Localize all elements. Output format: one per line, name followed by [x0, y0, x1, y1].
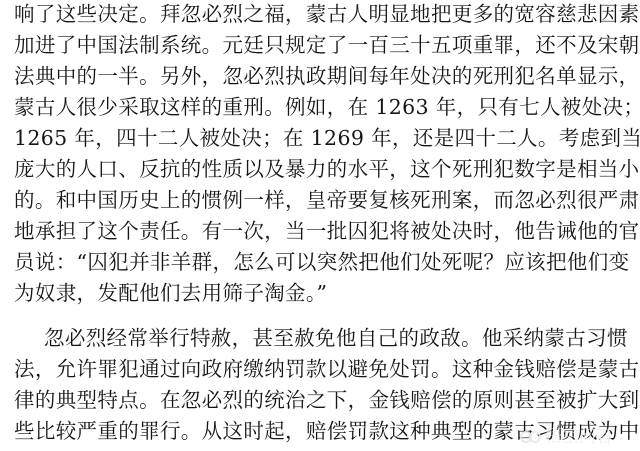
text-line-12: 法，允许罪犯通过向政府缴纳罚款以避免处罚。这种金钱赔偿是蒙古法	[14, 357, 640, 381]
text-line-13: 律的典型特点。在忽必烈的统治之下，金钱赔偿的原则甚至被扩大到某	[14, 388, 640, 412]
text-line-8: 地承担了这个责任。有一次，当一批囚犯将被处决时，他告诫他的官	[14, 219, 640, 243]
text-line-5: 1265 年，四十二人被处决；在 1269 年，还是四十二人。考虑到当时	[14, 126, 640, 150]
text-line-2: 加进了中国法制系统。元廷只规定了一百三十五项重罪，还不及宋朝	[14, 33, 640, 57]
text-line-7: 的。和中国历史上的惯例一样，皇帝要复核死刑案，而忽必烈很严肃	[14, 188, 640, 212]
paragraph-2-first-line: 忽必烈经常举行特赦，甚至赦免他自己的政敌。他采纳蒙古习惯	[44, 326, 628, 350]
speech-bubbles-icon	[520, 428, 542, 442]
text-line-4: 蒙古人很少采取这样的重刑。例如，在 1263 年，只有七人被处决；在	[14, 95, 640, 119]
text-line-1: 响了这些决定。拜忽必烈之福，蒙古人明显地把更多的宽容慈悲因素	[14, 2, 640, 26]
text-line-6: 庞大的人口、反抗的性质以及暴力的水平，这个死刑犯数字是相当小	[14, 157, 640, 181]
text-line-3: 法典中的一半。另外，忽必烈执政期间每年处决的死刑犯名单显示，	[14, 64, 640, 88]
text-line-9: 员说：“囚犯并非羊群，怎么可以突然把他们处死呢？应该把他们变	[14, 250, 629, 274]
watermark: 悟空问答	[520, 422, 613, 447]
text-line-10: 为奴隶，发配他们去用筛子淘金。”	[14, 281, 327, 305]
watermark-text: 悟空问答	[545, 422, 613, 447]
document-page: 响了这些决定。拜忽必烈之福，蒙古人明显地把更多的宽容慈悲因素 加进了中国法制系统…	[0, 0, 640, 451]
